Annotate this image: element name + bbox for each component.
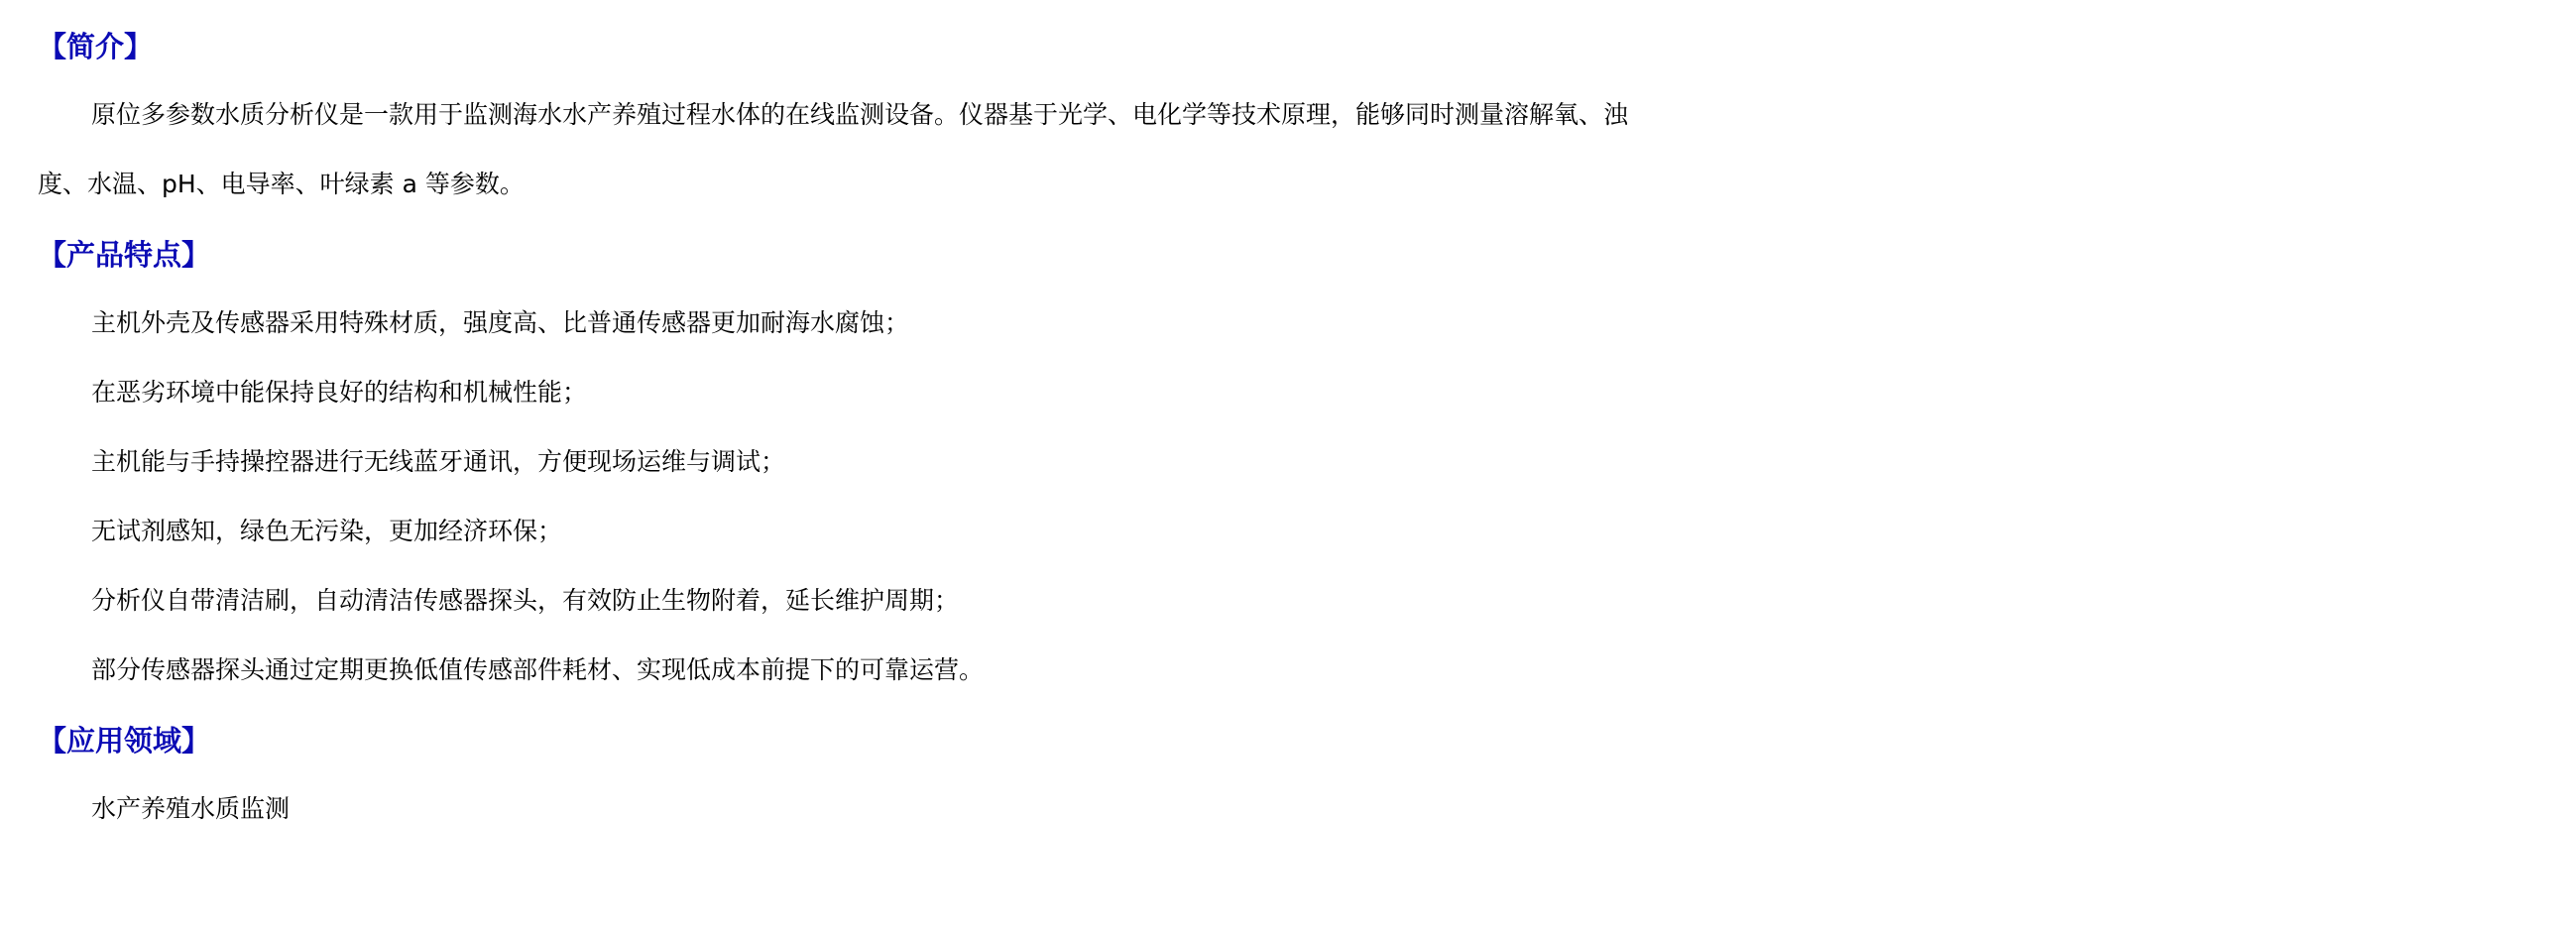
intro-heading: 【简介】 <box>38 30 153 63</box>
features-heading: 【产品特点】 <box>38 238 210 272</box>
feature-item: 分析仪自带清洁刷，自动清洁传感器探头，有效防止生物附着，延长维护周期； <box>91 586 959 616</box>
feature-item: 主机外壳及传感器采用特殊材质，强度高、比普通传感器更加耐海水腐蚀； <box>91 308 909 338</box>
intro-paragraph-line-1: 原位多参数水质分析仪是一款用于监测海水水产养殖过程水体的在线监测设备。仪器基于光… <box>91 100 1628 130</box>
feature-item: 在恶劣环境中能保持良好的结构和机械性能； <box>91 378 587 408</box>
feature-item: 主机能与手持操控器进行无线蓝牙通讯，方便现场运维与调试； <box>91 447 785 477</box>
application-item: 水产养殖水质监测 <box>91 794 290 824</box>
feature-item: 无试剂感知，绿色无污染，更加经济环保； <box>91 517 562 546</box>
intro-paragraph-line-2: 度、水温、pH、电导率、叶绿素 a 等参数。 <box>38 170 525 199</box>
applications-heading: 【应用领域】 <box>38 724 210 758</box>
feature-item: 部分传感器探头通过定期更换低值传感部件耗材、实现低成本前提下的可靠运营。 <box>91 655 984 685</box>
